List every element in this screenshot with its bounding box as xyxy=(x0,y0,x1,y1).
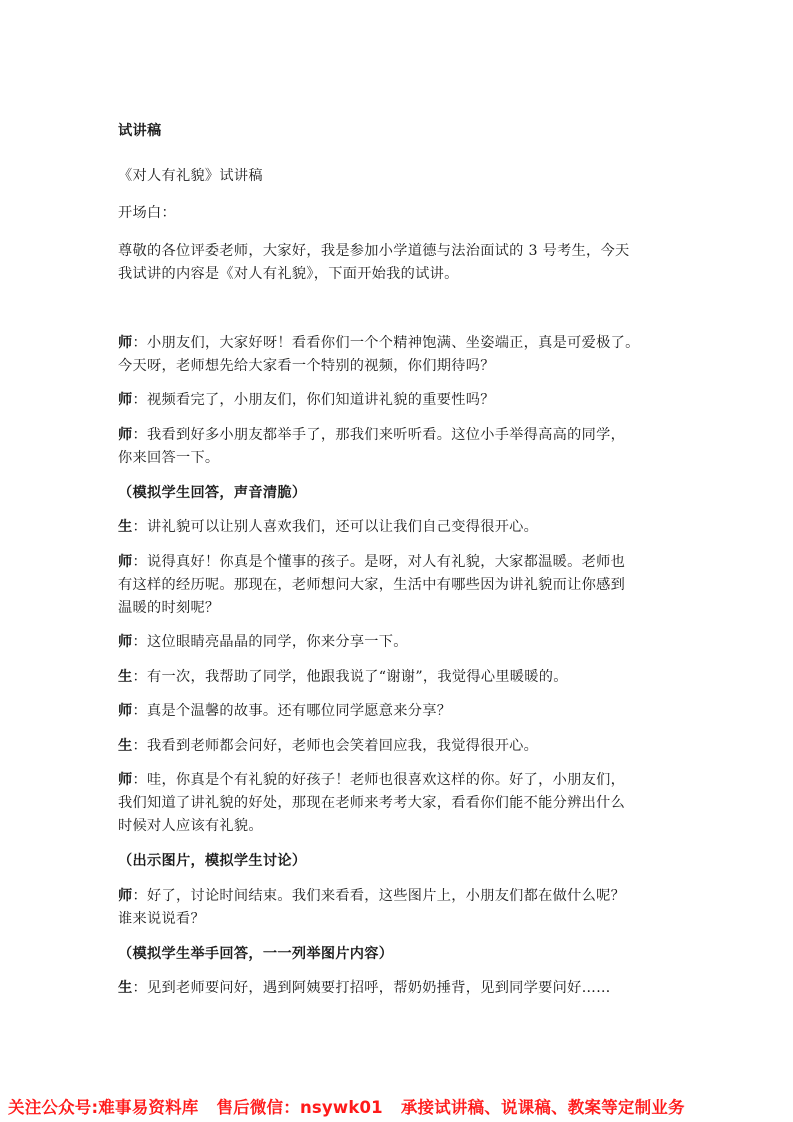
speaker-label: 生 xyxy=(118,980,133,996)
speaker-label: 生 xyxy=(118,669,133,685)
dialogue-line: 师：真是个温馨的故事。还有哪位同学愿意来分享？ xyxy=(118,700,678,723)
speaker-label: 师 xyxy=(118,772,133,788)
dialogue-line: 有这样的经历呢。那现在，老师想问大家，生活中有哪些因为讲礼貌而让你感到 xyxy=(118,574,678,597)
speaker-label: 生 xyxy=(118,519,133,535)
document-heading: 试讲稿 xyxy=(118,120,678,143)
opening-line-1: 尊敬的各位评委老师，大家好，我是参加小学道德与法治面试的 3 号考生，今天 xyxy=(118,240,678,263)
opening-label: 开场白： xyxy=(118,202,678,225)
footer-services: 承接试讲稿、说课稿、教案等定制业务 xyxy=(401,1098,685,1117)
stage-direction: （模拟学生回答，声音清脆） xyxy=(118,482,678,505)
speaker-label: 师 xyxy=(118,427,133,443)
dialogue-line: 温暖的时刻呢？ xyxy=(118,597,678,620)
dialogue-line: 生：讲礼貌可以让别人喜欢我们，还可以让我们自己变得很开心。 xyxy=(118,516,678,539)
dialogue-line: 时候对人应该有礼貌。 xyxy=(118,815,678,838)
footer-watermark: 关注公众号:难事易资料库 售后微信：nsywk01 承接试讲稿、说课稿、教案等定… xyxy=(0,1094,793,1122)
dialogue-line: 生：见到老师要问好，遇到阿姨要打招呼，帮奶奶捶背，见到同学要问好…… xyxy=(118,977,678,1000)
footer-wechat: 售后微信：nsywk01 xyxy=(216,1098,382,1117)
dialogue-line: 师：这位眼睛亮晶晶的同学，你来分享一下。 xyxy=(118,631,678,654)
dialogue-line: 你来回答一下。 xyxy=(118,447,678,470)
opening-line-2: 我试讲的内容是《对人有礼貌》，下面开始我的试讲。 xyxy=(118,263,678,286)
dialogue-line: 生：有一次，我帮助了同学，他跟我说了“谢谢”，我觉得心里暖暖的。 xyxy=(118,666,678,689)
dialogue-line: 师：说得真好！你真是个懂事的孩子。是呀，对人有礼貌，大家都温暖。老师也 xyxy=(118,551,678,574)
dialogue-line: 师：好了，讨论时间结束。我们来看看，这些图片上，小朋友们都在做什么呢？ xyxy=(118,885,678,908)
dialogue-line: 我们知道了讲礼貌的好处，那现在老师来考考大家，看看你们能不能分辨出什么 xyxy=(118,792,678,815)
speaker-label: 师 xyxy=(118,888,133,904)
speaker-label: 师 xyxy=(118,554,133,570)
dialogue-line: 谁来说说看？ xyxy=(118,908,678,931)
speaker-label: 师 xyxy=(118,703,133,719)
footer-account: 关注公众号:难事易资料库 xyxy=(8,1098,199,1117)
dialogue-line: 今天呀，老师想先给大家看一个特别的视频，你们期待吗？ xyxy=(118,355,678,378)
speaker-label: 生 xyxy=(118,738,133,754)
dialogue-line: 师：我看到好多小朋友都举手了，那我们来听听看。这位小手举得高高的同学， xyxy=(118,424,678,447)
dialogue-line: 生：我看到老师都会问好，老师也会笑着回应我，我觉得很开心。 xyxy=(118,735,678,758)
speaker-label: 师 xyxy=(118,392,133,408)
dialogue-line: 师：哇，你真是个有礼貌的好孩子！老师也很喜欢这样的你。好了，小朋友们， xyxy=(118,769,678,792)
speaker-label: 师 xyxy=(118,634,133,650)
stage-direction: （出示图片，模拟学生讨论） xyxy=(118,850,678,873)
document-title: 《对人有礼貌》试讲稿 xyxy=(118,165,678,188)
speaker-label: 师 xyxy=(118,335,133,351)
stage-direction: （模拟学生举手回答，一一列举图片内容） xyxy=(118,943,678,966)
dialogue-line: 师：视频看完了，小朋友们，你们知道讲礼貌的重要性吗？ xyxy=(118,389,678,412)
dialogue-line: 师：小朋友们，大家好呀！看看你们一个个精神饱满、坐姿端正，真是可爱极了。 xyxy=(118,332,678,355)
